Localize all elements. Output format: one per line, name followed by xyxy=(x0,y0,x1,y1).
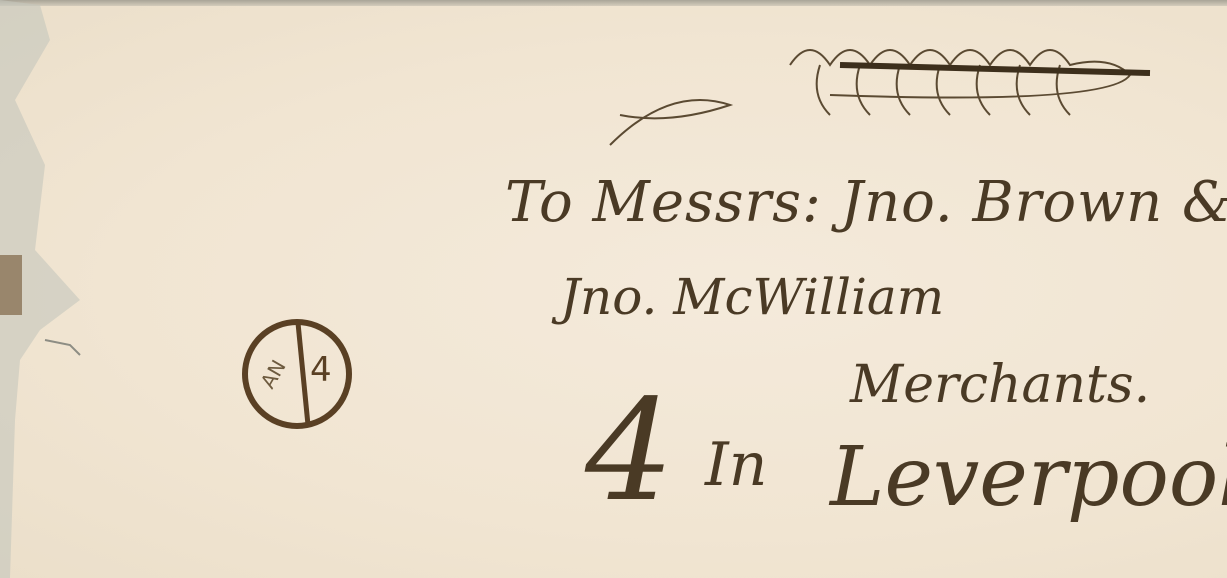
address-line-1: To Messrs: Jno. Brown & Co. xyxy=(505,170,1227,235)
circular-postmark: AN 4 xyxy=(238,315,356,433)
address-line-2: Jno. McWilliam xyxy=(560,268,944,326)
paper-top-edge xyxy=(0,0,1227,6)
address-prefix: In xyxy=(705,430,767,500)
svg-text:4: 4 xyxy=(310,350,332,390)
torn-paper-edge xyxy=(0,0,110,578)
address-line-3: Merchants. xyxy=(850,355,1150,415)
address-city: Leverpoole xyxy=(830,430,1227,525)
postage-rate: 4 xyxy=(585,370,674,533)
postmark-text: AN xyxy=(256,356,291,393)
